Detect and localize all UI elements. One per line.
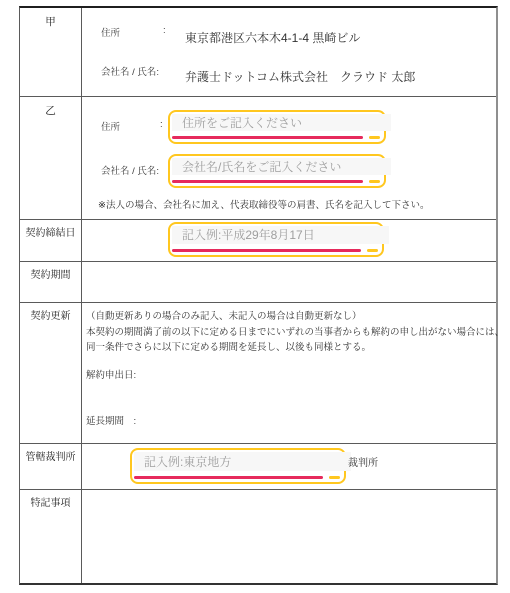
party-a-content: 住所 : 東京都港区六本木4-1-4 黒崎ビル 会社名 / 氏名: 弁護士ドット… <box>82 8 496 96</box>
row-party-b: 乙 住所 : 会社名 / 氏名: <box>20 97 496 220</box>
contract-form-page: 甲 住所 : 東京都港区六本木4-1-4 黒崎ビル 会社名 / 氏名: 弁護士ド… <box>0 0 510 593</box>
extension-period-label: 延長期間 : <box>86 413 136 427</box>
underline-dash <box>367 249 378 252</box>
party-b-address-label: 住所 <box>101 119 120 133</box>
corporate-entry-note: ※法人の場合、会社名に加え、代表取締役等の肩書、氏名を記入して下さい。 <box>98 197 430 211</box>
conclusion-date-input[interactable] <box>172 226 389 244</box>
row-special-notes: 特記事項 <box>20 490 496 583</box>
renewal-terms-line: 本契約の期間満了前の以下に定める日までにいずれの当事者からも解約の申し出がない場… <box>86 325 504 341</box>
input-underline <box>172 249 378 252</box>
row-party-a: 甲 住所 : 東京都港区六本木4-1-4 黒崎ビル 会社名 / 氏名: 弁護士ド… <box>20 8 496 97</box>
row-label-contract-period: 契約期間 <box>20 262 82 302</box>
contract-period-content <box>82 262 496 302</box>
renewal-terms-line: 同一条件でさらに以下に定める期間を延長し、以後も同様とする。 <box>86 340 504 356</box>
contract-summary-table: 甲 住所 : 東京都港区六本木4-1-4 黒崎ビル 会社名 / 氏名: 弁護士ド… <box>19 6 498 585</box>
row-label-jurisdiction: 管轄裁判所 <box>20 444 82 489</box>
row-jurisdiction: 管轄裁判所 裁判所 <box>20 444 496 490</box>
row-contract-renewal: 契約更新 （自動更新ありの場合のみ記入、未記入の場合は自動更新なし） 本契約の期… <box>20 303 496 444</box>
party-b-company-field[interactable] <box>168 154 386 188</box>
row-conclusion-date: 契約締結日 <box>20 220 496 262</box>
underline-dash <box>369 136 380 139</box>
field-colon: : <box>160 119 163 130</box>
row-label-special-notes: 特記事項 <box>20 490 82 583</box>
underline-bar <box>172 136 363 139</box>
renewal-terms-paragraph: （自動更新ありの場合のみ記入、未記入の場合は自動更新なし） 本契約の期間満了前の… <box>86 309 504 356</box>
party-a-address-label: 住所 <box>101 25 120 39</box>
party-b-address-input[interactable] <box>172 114 391 131</box>
party-a-company-value: 弁護士ドットコム株式会社 クラウド 太郎 <box>185 68 415 85</box>
party-b-company-label: 会社名 / 氏名: <box>101 163 159 177</box>
renewal-terms-line: （自動更新ありの場合のみ記入、未記入の場合は自動更新なし） <box>86 309 504 325</box>
contract-renewal-content: （自動更新ありの場合のみ記入、未記入の場合は自動更新なし） 本契約の期間満了前の… <box>82 303 496 443</box>
underline-bar <box>134 476 323 479</box>
row-contract-period: 契約期間 <box>20 262 496 303</box>
jurisdiction-field[interactable] <box>130 448 346 484</box>
row-label-party-a: 甲 <box>20 8 82 96</box>
row-label-conclusion-date: 契約締結日 <box>20 220 82 261</box>
party-a-company-label: 会社名 / 氏名: <box>101 64 159 78</box>
jurisdiction-input[interactable] <box>134 452 351 471</box>
input-underline <box>172 136 380 139</box>
court-suffix-label: 裁判所 <box>348 454 378 469</box>
underline-dash <box>369 180 380 183</box>
special-notes-content <box>82 490 496 583</box>
input-underline <box>172 180 380 183</box>
field-colon: : <box>163 25 166 36</box>
underline-bar <box>172 180 363 183</box>
row-label-party-b: 乙 <box>20 97 82 219</box>
row-label-contract-renewal: 契約更新 <box>20 303 82 443</box>
underline-dash <box>329 476 340 479</box>
conclusion-date-field[interactable] <box>168 222 384 257</box>
party-b-content: 住所 : 会社名 / 氏名: ※法人の場合、 <box>82 97 496 219</box>
conclusion-date-content <box>82 220 496 261</box>
party-b-address-field[interactable] <box>168 110 386 144</box>
party-a-address-value: 東京都港区六本木4-1-4 黒崎ビル <box>185 29 360 46</box>
party-b-company-input[interactable] <box>172 158 391 175</box>
jurisdiction-content: 裁判所 <box>82 444 496 489</box>
underline-bar <box>172 249 361 252</box>
input-underline <box>134 476 340 479</box>
cancellation-date-label: 解約申出日: <box>86 367 136 381</box>
